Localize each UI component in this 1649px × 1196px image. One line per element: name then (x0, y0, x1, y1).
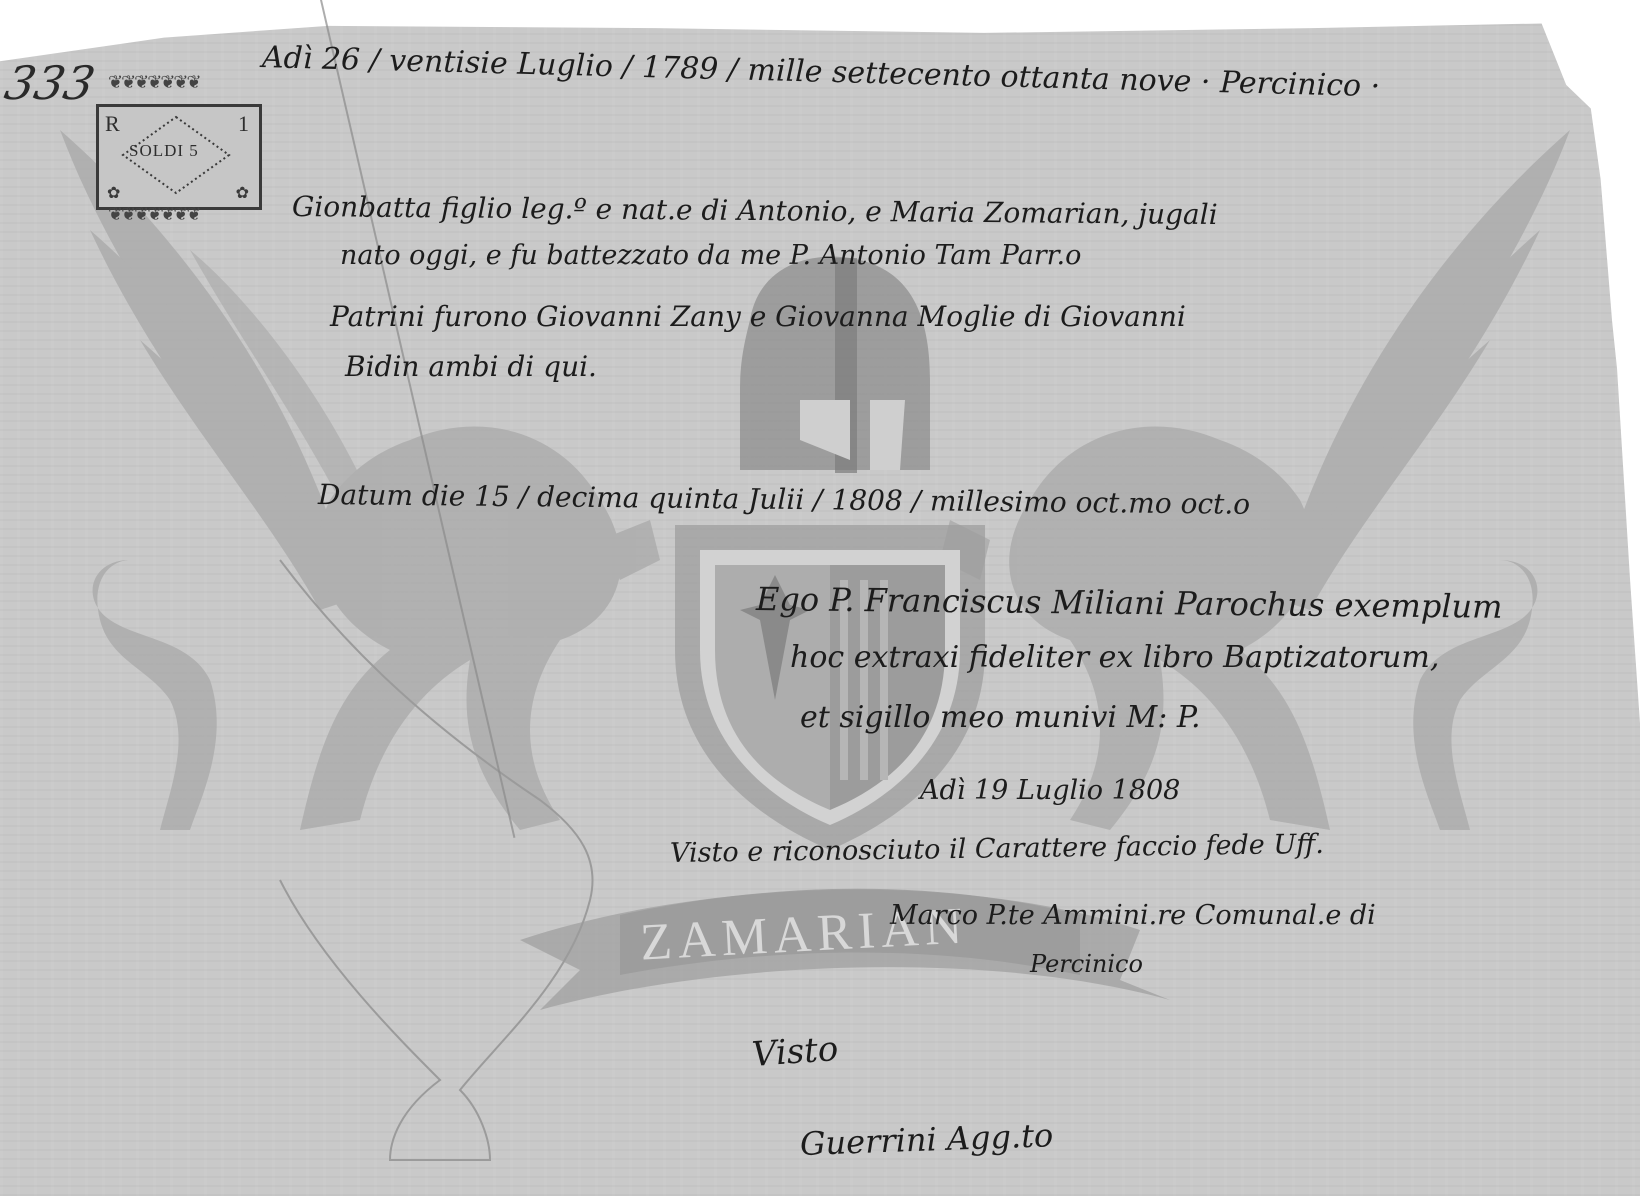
visa-date-line: Adì 19 Luglio 1808 (920, 775, 1180, 806)
knight-helmet-icon (740, 257, 930, 473)
record-line-godparents: Patrini furono Giovanni Zany e Giovanna … (330, 300, 1186, 333)
record-line-residence: Bidin ambi di qui. (345, 350, 597, 383)
visa-line-2: Marco P.te Ammini.re Comunal.e di (890, 900, 1376, 931)
visto-mark: Visto (751, 1029, 840, 1075)
folio-number: 333 (0, 56, 99, 110)
attestation-line-3: et sigillo meo munivi M: P. (800, 700, 1201, 735)
stamp-value-label: SOLDI 5 (129, 141, 199, 161)
stamp-letter-r: R (105, 111, 120, 137)
attestation-line-2: hoc extraxi fideliter ex libro Baptizato… (790, 640, 1439, 675)
stamp-frame: R 1 SOLDI 5 ✿ ✿ (96, 104, 262, 210)
rosette-icon: ✿ (236, 183, 249, 203)
visa-line-3: Percinico (1030, 950, 1143, 978)
rosette-icon: ✿ (107, 183, 120, 203)
stamp-number-one: 1 (238, 111, 249, 137)
record-line-baptism: nato oggi, e fu battezzato da me P. Anto… (340, 240, 1081, 271)
attestation-line-1: Ego P. Franciscus Miliani Parochus exemp… (756, 580, 1503, 626)
laurel-wreath-bottom-icon: ❦❦❦❦❦❦❦ (108, 204, 200, 225)
laurel-wreath-top-icon: ❦❦❦❦❦❦❦ (108, 72, 200, 93)
